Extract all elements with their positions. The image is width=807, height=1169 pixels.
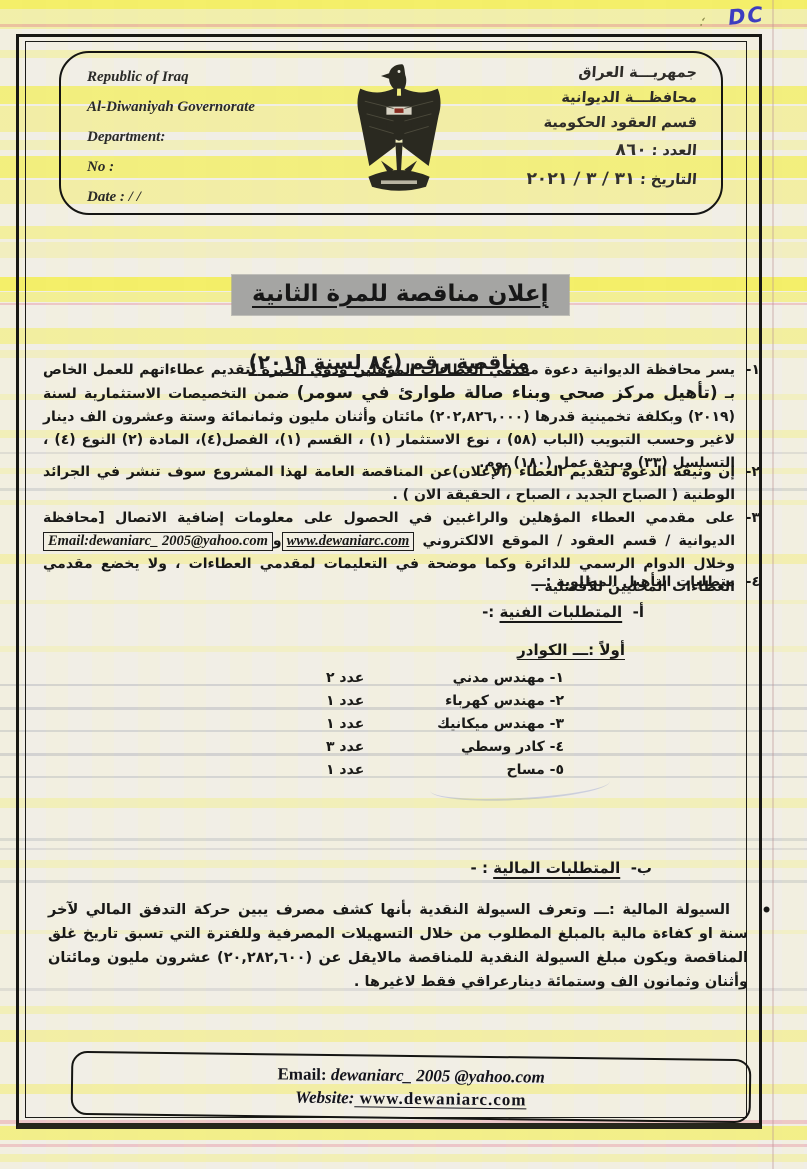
paragraph-4-text: متطلبات التأهيل المطلوبة :ـــ [531,574,735,590]
section-a-prefix: أ- [633,603,644,621]
footer-email-line: Email: dewaniarc_ 2005 @yahoo.com [277,1062,545,1088]
letterhead-arabic: جمهريـــة العراق محافظـــة الديوانية قسم… [506,53,721,219]
footer-email-value: dewaniarc_ 2005 @yahoo.com [327,1065,545,1087]
cadre-row-civil-engineer: ١- مهندس مدني عدد ٢ [326,670,564,693]
cadre-2-count: عدد ١ [326,693,364,716]
section-a-label: المتطلبات الفنية [500,603,623,621]
footer-website-label: Website: [295,1088,354,1108]
paragraph-3-number: ٣- [746,507,760,530]
paragraph-2-number: ٢- [746,461,760,484]
iraq-eagle-emblem-icon [345,57,453,203]
section-a-suffix: :- [482,603,499,621]
section-b-label: المتطلبات المالية [493,859,620,877]
date-label-en: Date : / / [87,189,291,206]
paragraph-qualification-heading: ٤- متطلبات التأهيل المطلوبة :ـــ [43,571,762,594]
cadre-4-name: كادر وسطي [461,739,545,755]
footer-email-label: Email: [277,1064,326,1084]
cadre-1-number: ١- [550,670,564,686]
governorate-name-en: Al-Diwaniyah Governorate [87,99,291,116]
letterhead-english: Republic of Iraq Al-Diwaniyah Governorat… [61,53,291,219]
cadre-3-name: مهندس ميكانيك [437,716,545,732]
cadre-5-count: عدد ١ [326,762,364,785]
website-link: www.dewaniarc.com [282,532,415,551]
cadre-row-mid-level-cadre: ٤- كادر وسطي عدد ٣ [326,739,564,762]
number-value-handwritten: ٨٦٠ [615,140,648,160]
financial-liquidity-text: السيولة المالية :ـــ وتعرف السيولة النقد… [48,902,748,990]
footer-website-line: Website: www.dewaniarc.com [295,1086,527,1112]
country-name-en: Republic of Iraq [87,69,291,86]
emblem-container [291,53,506,219]
cadre-3-number: ٣- [550,716,564,732]
bullet-icon: • [761,899,772,923]
cadre-row-mechanical-engineer: ٣- مهندس ميكانيك عدد ١ [326,716,564,739]
paragraph-invitation: ١- يسر محافظة الديوانية دعوة مقدمي العطا… [43,359,762,475]
contracts-dept-ar: قسم العقود الحكومية [505,115,697,131]
paragraph-newspapers: ٢- إن وثيقة الدعوة لتقديم العطاء (الإعلا… [43,461,762,507]
paragraph-2-text: إن وثيقة الدعوة لتقديم العطاء (الإعلان)ع… [43,464,735,503]
handwritten-corner-mark: DC [727,2,766,30]
governorate-name-ar: محافظـــة الديوانية [505,90,697,106]
number-label-ar: العدد : [646,143,697,159]
cadre-3-count: عدد ١ [326,716,364,739]
footer-website-value: www.dewaniarc.com [354,1088,526,1109]
footer-contact-box: Email: dewaniarc_ 2005 @yahoo.com Websit… [71,1051,752,1123]
financial-liquidity-paragraph: • السيولة المالية :ـــ وتعرف السيولة الن… [48,898,774,994]
section-b-heading: ب- المتطلبات المالية : - [471,859,653,877]
cadre-1-count: عدد ٢ [326,670,364,693]
cadre-1-name: مهندس مدني [453,670,545,686]
paragraph-3-connector: و [273,533,282,549]
country-name-ar: جمهريـــة العراق [505,65,697,81]
cadres-subheading: أولاً :ـــ الكوادر [517,641,625,659]
date-label-ar: التاريخ : [634,172,697,188]
letterhead-box: Republic of Iraq Al-Diwaniyah Governorat… [59,51,723,215]
tender-title-highlight: إعلان مناقصة للمرة الثانية [232,275,569,315]
section-b-prefix: ب- [631,859,652,877]
paragraph-1-number: ١- [746,359,760,382]
section-a-heading: أ- المتطلبات الفنية :- [482,603,644,621]
cadres-list: ١- مهندس مدني عدد ٢ ٢- مهندس كهرباء عدد … [326,670,564,785]
cadre-2-number: ٢- [550,693,564,709]
paragraph-4-number: ٤- [746,571,760,594]
department-label-en: Department: [87,129,291,146]
cadre-4-count: عدد ٣ [326,739,364,762]
document-date-row: التاريخ : ٣١ / ٣ / ٢٠٢١ [505,169,697,189]
project-name: (تأهيل مركز صحي وبناء صالة طوارئ في سومر… [297,383,718,403]
document-number-row: العدد : ٨٦٠ [505,140,697,160]
cadre-4-number: ٤- [550,739,564,755]
number-label-en: No : [87,159,291,176]
cadre-2-name: مهندس كهرباء [445,693,545,709]
email-link: Email:dewaniarc_ 2005@yahoo.com [43,532,273,551]
cadre-row-electrical-engineer: ٢- مهندس كهرباء عدد ١ [326,693,564,716]
section-b-suffix: : - [471,859,494,877]
tender-title: إعلان مناقصة للمرة الثانية [252,281,549,307]
date-value-handwritten: ٣١ / ٣ / ٢٠٢١ [526,169,636,189]
